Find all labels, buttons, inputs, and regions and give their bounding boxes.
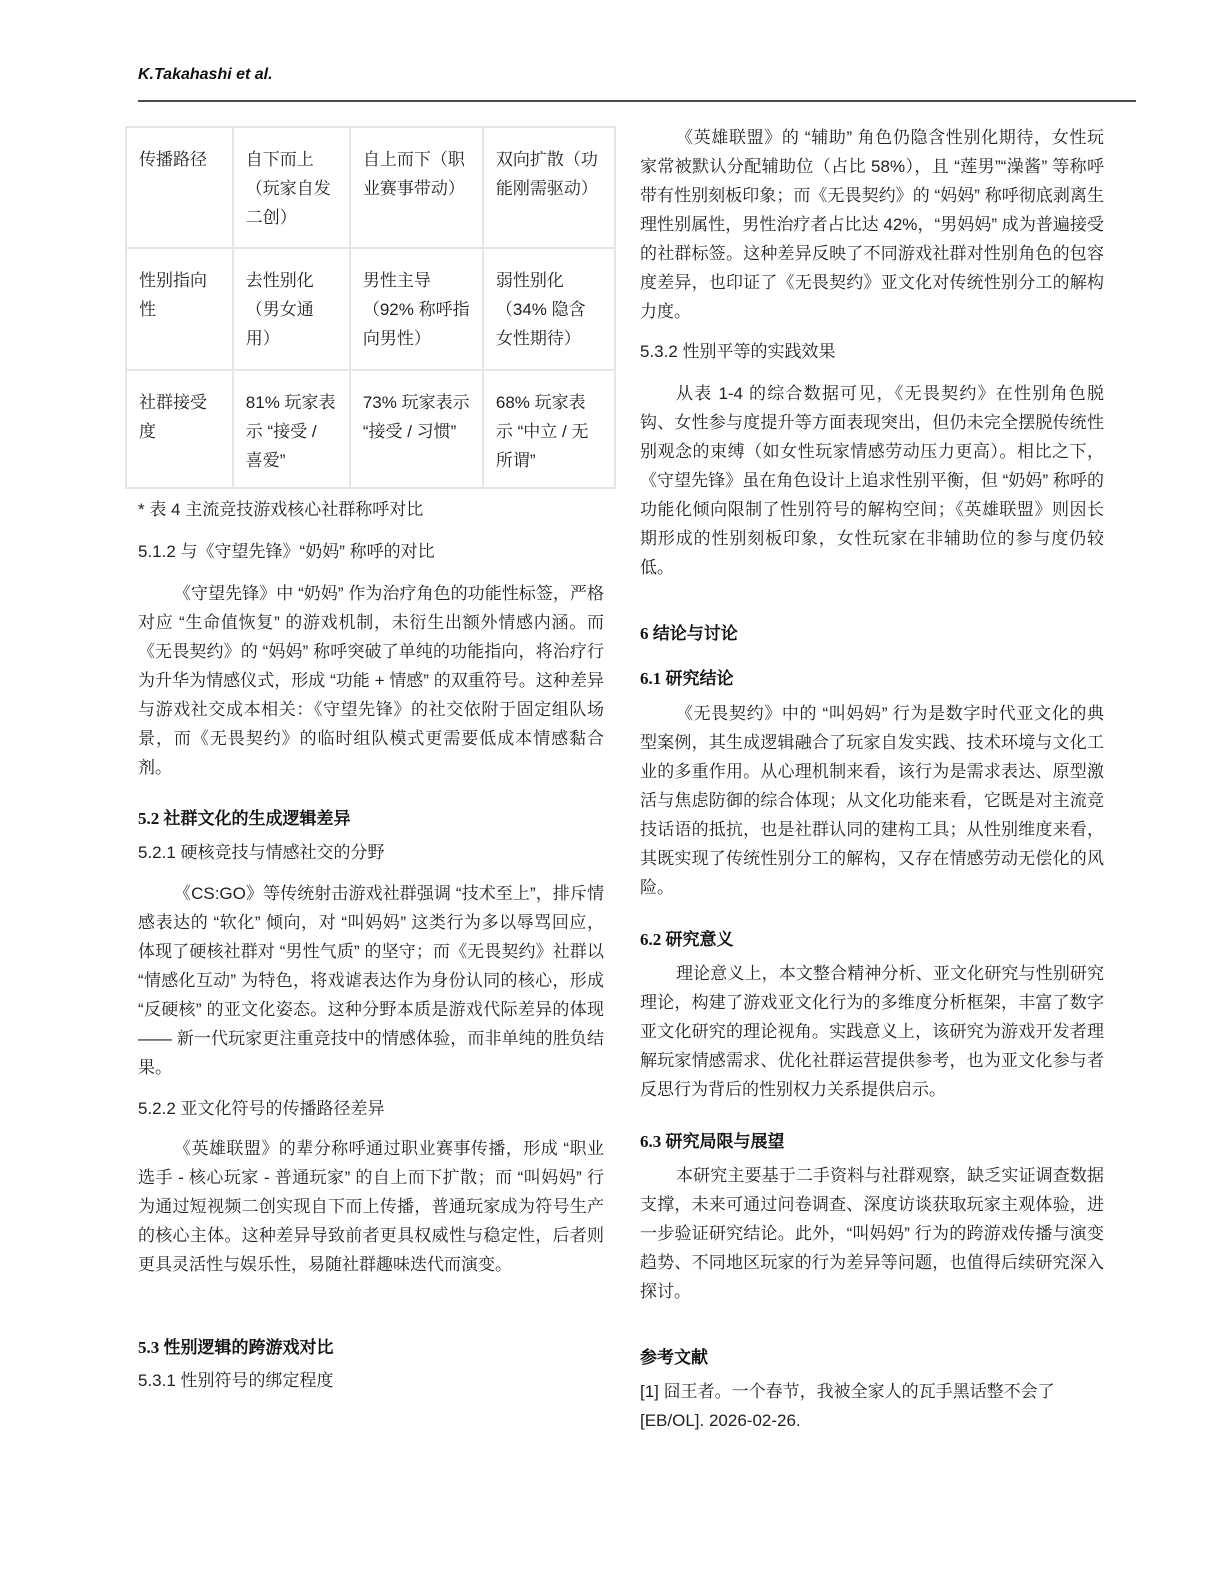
table-row: 社群接受度 81% 玩家表示 “接受 / 喜爱” 73% 玩家表示 “接受 / …	[126, 370, 615, 488]
table-caption: * 表 4 主流竞技游戏核心社群称呼对比	[138, 498, 608, 522]
table-cell: 双向扩散（功能刚需驱动）	[483, 127, 615, 248]
section-title-6-2: 6.2 研究意义	[640, 928, 1110, 952]
table-row: 性别指向性 去性别化（男女通用） 男性主导（92% 称呼指向男性） 弱性别化（3…	[126, 248, 615, 370]
table-cell: 68% 玩家表示 “中立 / 无所谓”	[483, 370, 615, 488]
header-rule	[138, 100, 1136, 102]
paragraph-6-3: 本研究主要基于二手资料与社群观察，缺乏实证调查数据支撑，未来可通过问卷调查、深度…	[640, 1161, 1104, 1306]
subsection-title-5-2-2: 5.2.2 亚文化符号的传播路径差异	[138, 1097, 608, 1121]
table-cell: 男性主导（92% 称呼指向男性）	[350, 248, 483, 370]
table-cell: 自下而上（玩家自发二创）	[233, 127, 350, 248]
paragraph-5-2-1: 《CS:GO》等传统射击游戏社群强调 “技术至上”，排斥情感表达的 “软化” 倾…	[138, 879, 604, 1082]
section-title-6: 6 结论与讨论	[640, 622, 1110, 646]
section-title-5-3: 5.3 性别逻辑的跨游戏对比	[138, 1336, 608, 1360]
section-title-6-1: 6.1 研究结论	[640, 667, 1110, 691]
subsection-title-5-3-1: 5.3.1 性别符号的绑定程度	[138, 1369, 608, 1393]
table-row: 传播路径 自下而上（玩家自发二创） 自上而下（职业赛事带动） 双向扩散（功能刚需…	[126, 127, 615, 248]
table-row-label: 社群接受度	[126, 370, 233, 488]
section-title-5-2: 5.2 社群文化的生成逻辑差异	[138, 807, 608, 831]
paragraph-6-1: 《无畏契约》中的 “叫妈妈” 行为是数字时代亚文化的典型案例，其生成逻辑融合了玩…	[640, 699, 1104, 902]
paragraph-5-2-2: 《英雄联盟》的辈分称呼通过职业赛事传播，形成 “职业选手 - 核心玩家 - 普通…	[138, 1134, 604, 1279]
paragraph-5-3-2: 从表 1-4 的综合数据可见，《无畏契约》在性别角色脱钩、女性参与度提升等方面表…	[640, 379, 1104, 582]
table-cell: 81% 玩家表示 “接受 / 喜爱”	[233, 370, 350, 488]
table-row-label: 性别指向性	[126, 248, 233, 370]
references-title: 参考文献	[640, 1346, 1110, 1370]
table-cell: 自上而下（职业赛事带动）	[350, 127, 483, 248]
running-head: K.Takahashi et al.	[138, 66, 273, 84]
subsection-title-5-3-2: 5.3.2 性别平等的实践效果	[640, 340, 1110, 364]
table-row-label: 传播路径	[126, 127, 233, 248]
paragraph-5-1-2: 《守望先锋》中 “奶妈” 作为治疗角色的功能性标签，严格对应 “生命值恢复” 的…	[138, 579, 604, 782]
section-title-6-3: 6.3 研究局限与展望	[640, 1130, 1110, 1154]
table-cell: 弱性别化（34% 隐含女性期待）	[483, 248, 615, 370]
table-cell: 去性别化（男女通用）	[233, 248, 350, 370]
subsection-title-5-2-1: 5.2.1 硬核竞技与情感社交的分野	[138, 841, 608, 865]
reference-item: [1] 囧王者。一个春节，我被全家人的瓦手黑话整不会了 [EB/OL]. 202…	[640, 1377, 1090, 1435]
subsection-title-5-1-2: 5.1.2 与《守望先锋》“奶妈” 称呼的对比	[138, 540, 608, 564]
paragraph-5-3-1: 《英雄联盟》的 “辅助” 角色仍隐含性别化期待，女性玩家常被默认分配辅助位（占比…	[640, 123, 1104, 326]
paragraph-6-2: 理论意义上，本文整合精神分析、亚文化研究与性别研究理论，构建了游戏亚文化行为的多…	[640, 959, 1104, 1104]
table-cell: 73% 玩家表示 “接受 / 习惯”	[350, 370, 483, 488]
comparison-table: 传播路径 自下而上（玩家自发二创） 自上而下（职业赛事带动） 双向扩散（功能刚需…	[125, 126, 616, 489]
